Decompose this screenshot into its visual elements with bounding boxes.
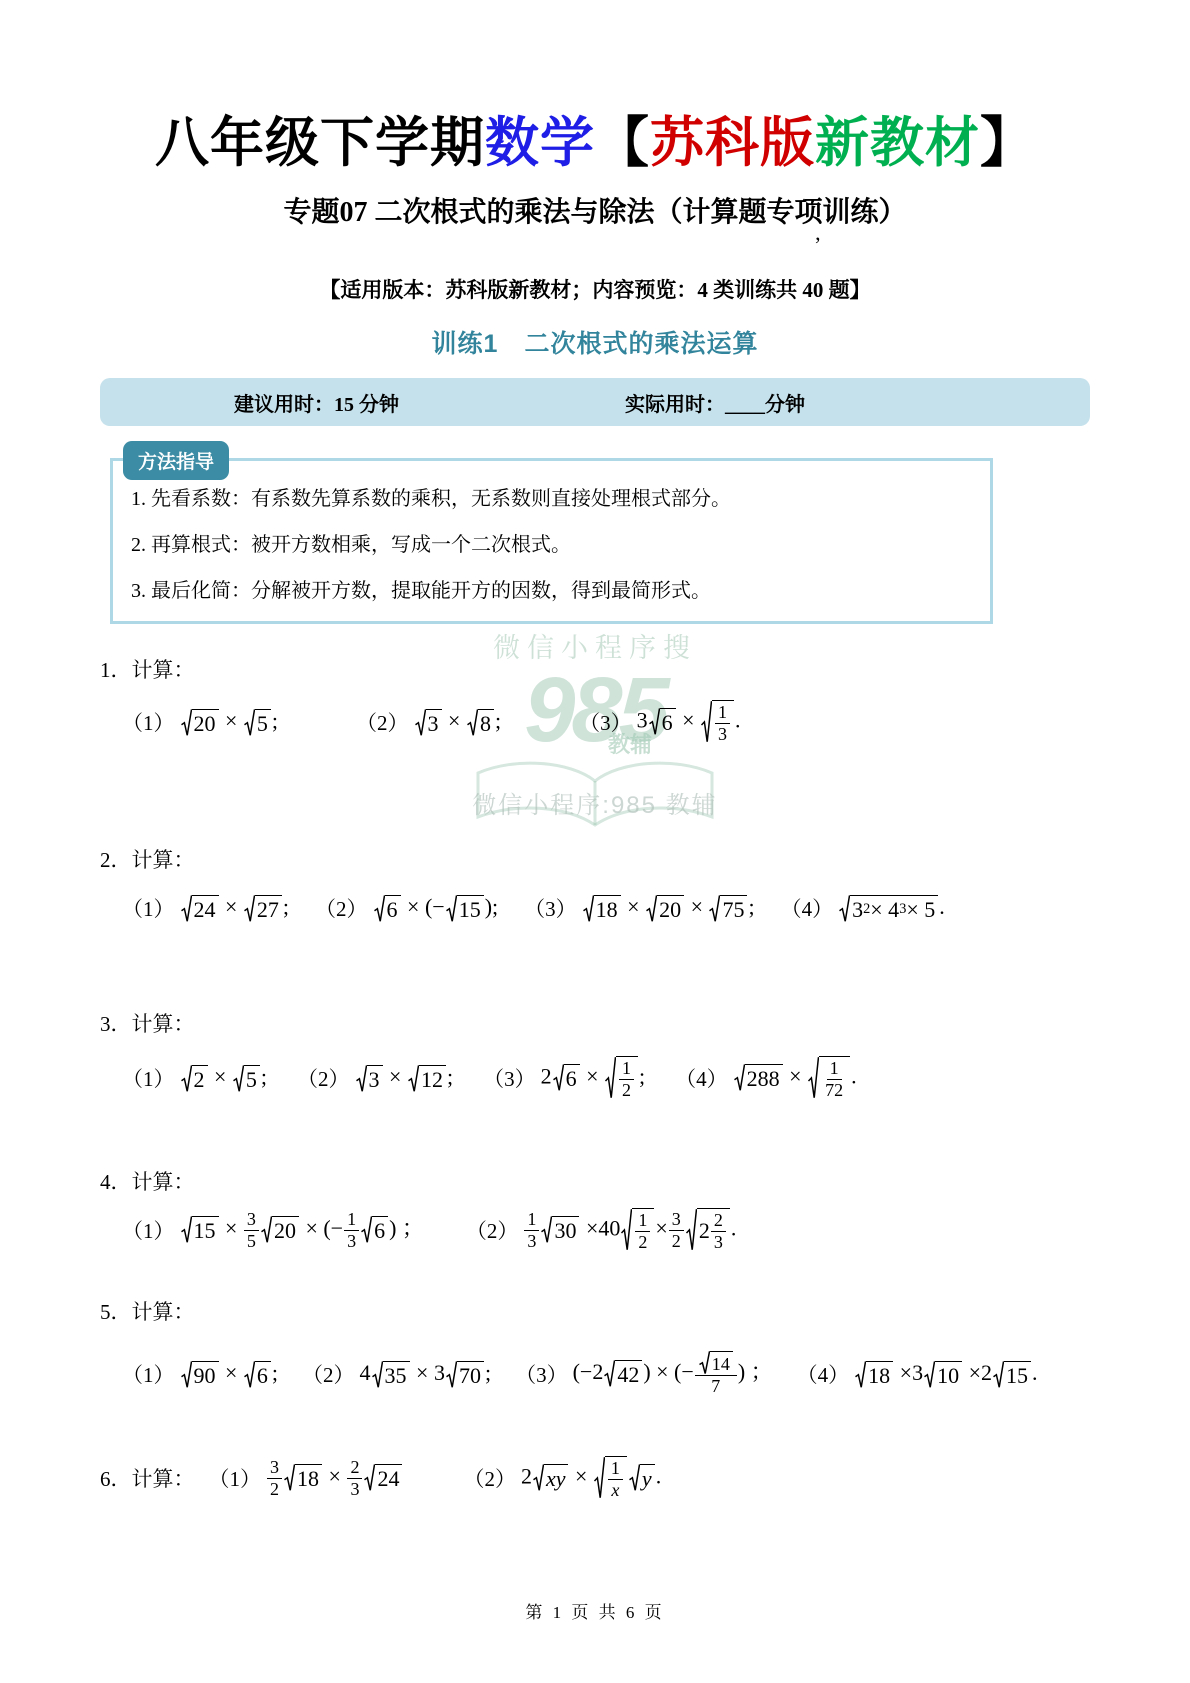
- problem-1: 1．计算： （1） 20 × 5; （2） 3 × 8; （3） 36 × 13…: [100, 654, 1090, 748]
- method-point: 3. 最后化简：分解被开方数，提取能开方的因数，得到最简形式。: [131, 579, 972, 603]
- math-item: （1） 20 × 5;: [122, 707, 278, 737]
- suggested-time: 建议用时：15 分钟: [234, 388, 399, 417]
- math-item: （3） (−242) × (−147) ；: [515, 1351, 773, 1397]
- math-item: （4） 32 × 43 × 5.: [781, 893, 945, 923]
- title-part: 苏科版: [650, 113, 815, 173]
- math-expression: 18 ×310 ×215.: [854, 1360, 1037, 1389]
- item-tag: （2）: [466, 1215, 519, 1245]
- item-tag: （4）: [675, 1063, 728, 1093]
- math-item: （1） 24 × 27;: [122, 893, 289, 923]
- math-expression: 2xy × 1xy.: [521, 1456, 661, 1501]
- item-tag: （2）: [315, 893, 368, 923]
- item-tag: （2）: [302, 1359, 355, 1389]
- problem-6: 6．计算： （1） 3218 × 2324 （2） 2xy × 1xy.: [100, 1446, 1090, 1510]
- math-expression: 32 × 43 × 5.: [838, 894, 945, 923]
- problem-items: （1） 20 × 5; （2） 3 × 8; （3） 36 × 13.: [100, 696, 1090, 748]
- math-item: （1） 15 × 3520 × (−136) ；: [122, 1209, 424, 1252]
- problem-5: 5．计算： （1） 90 × 6; （2） 435 × 370; （3） (−2…: [100, 1296, 1090, 1400]
- math-expression: 435 × 370;: [360, 1360, 492, 1389]
- math-item: （4） 18 ×310 ×215.: [797, 1359, 1038, 1389]
- title-part: 数学: [485, 113, 595, 173]
- math-expression: 36 × 13.: [637, 700, 741, 745]
- math-item: （2） 6 × (−15);: [315, 893, 498, 923]
- item-tag: （4）: [797, 1359, 850, 1389]
- subtitle: 专题07 二次根式的乘法与除法（计算题专项训练）: [100, 190, 1090, 230]
- method-guide-box: 方法指导 1. 先看系数：有系数先算系数的乘积，无系数则直接处理根式部分。 2.…: [110, 458, 993, 624]
- problem-items: （1） 24 × 27; （2） 6 × (−15); （3） 18 × 20 …: [100, 882, 1090, 934]
- item-tag: （3）: [515, 1359, 568, 1389]
- item-tag: （1）: [122, 1215, 175, 1245]
- item-tag: （1）: [122, 1359, 175, 1389]
- page-title: 八年级下学期数学【苏科版新教材】: [100, 112, 1090, 174]
- math-expression: 2 × 5;: [180, 1064, 268, 1093]
- problem-items: （1） 3218 × 2324 （2） 2xy × 1xy.: [195, 1446, 662, 1510]
- math-item: （2） 3 × 8;: [356, 707, 501, 737]
- title-part: 新教材: [815, 113, 980, 173]
- math-item: （3） 36 × 13.: [579, 700, 740, 745]
- math-expression: 6 × (−15);: [373, 894, 499, 923]
- math-item: （2） 2xy × 1xy.: [463, 1456, 661, 1501]
- problem-items: （1） 90 × 6; （2） 435 × 370; （3） (−242) × …: [100, 1348, 1090, 1400]
- math-expression: 18 × 20 × 75;: [582, 894, 755, 923]
- problem-items: （1） 2 × 5; （2） 3 × 12; （3） 26 × 12; （4） …: [100, 1052, 1090, 1104]
- title-part: 八年级下学期: [155, 113, 485, 173]
- title-part: 【: [595, 113, 650, 173]
- item-tag: （2）: [463, 1463, 516, 1493]
- method-point: 1. 先看系数：有系数先算系数的乘积，无系数则直接处理根式部分。: [131, 487, 972, 511]
- stray-mark: ’: [814, 232, 821, 258]
- item-tag: （1）: [122, 1063, 175, 1093]
- worksheet-page: 微信小程序搜 985 教辅 微信小程序:985 教辅 ’ 八年级下学期数学【苏科…: [0, 0, 1190, 1683]
- math-expression: 3 × 8;: [414, 708, 502, 737]
- problem-label: 6．计算：: [100, 1463, 195, 1493]
- problem-label: 2．计算：: [100, 844, 1090, 874]
- math-expression: 1330 ×4012×32223.: [523, 1208, 736, 1253]
- math-expression: 3 × 12;: [355, 1064, 454, 1093]
- math-expression: 15 × 3520 × (−136) ；: [180, 1209, 424, 1252]
- math-item: （1） 2 × 5;: [122, 1063, 267, 1093]
- math-item: （2） 435 × 370;: [302, 1359, 491, 1389]
- math-item: （3） 26 × 12;: [483, 1056, 645, 1101]
- math-expression: 26 × 12;: [541, 1056, 646, 1101]
- problem-label: 5．计算：: [100, 1296, 1090, 1326]
- title-part: 】: [980, 113, 1035, 173]
- item-tag: （3）: [483, 1063, 536, 1093]
- item-tag: （2）: [297, 1063, 350, 1093]
- item-tag: （3）: [524, 893, 577, 923]
- math-expression: 3218 × 2324: [266, 1457, 403, 1500]
- problem-label: 4．计算：: [100, 1166, 1090, 1196]
- item-tag: （2）: [356, 707, 409, 737]
- item-tag: （1）: [209, 1463, 262, 1493]
- problem-label: 3．计算：: [100, 1008, 1090, 1038]
- math-expression: (−242) × (−147) ；: [573, 1351, 773, 1397]
- actual-time: 实际用时：____分钟: [625, 388, 805, 417]
- math-expression: 288 × 172.: [733, 1056, 857, 1101]
- item-tag: （1）: [122, 707, 175, 737]
- item-tag: （3）: [579, 707, 632, 737]
- math-item: （1） 90 × 6;: [122, 1359, 278, 1389]
- math-item: （4） 288 × 172.: [675, 1056, 856, 1101]
- method-guide-tab: 方法指导: [123, 441, 229, 480]
- edition-note: 【适用版本：苏科版新教材；内容预览：4 类训练共 40 题】: [100, 274, 1090, 304]
- problem-label: 1．计算：: [100, 654, 1090, 684]
- section-title: 训练1 二次根式的乘法运算: [100, 324, 1090, 360]
- page-footer: 第 1 页 共 6 页: [0, 1598, 1190, 1623]
- math-expression: 20 × 5;: [180, 708, 279, 737]
- math-item: （3） 18 × 20 × 75;: [524, 893, 754, 923]
- math-item: （2） 3 × 12;: [297, 1063, 453, 1093]
- problem-4: 4．计算： （1） 15 × 3520 × (−136) ； （2） 1330 …: [100, 1166, 1090, 1256]
- math-expression: 24 × 27;: [180, 894, 290, 923]
- math-expression: 90 × 6;: [180, 1360, 279, 1389]
- problem-2: 2．计算： （1） 24 × 27; （2） 6 × (−15); （3） 18…: [100, 844, 1090, 934]
- timer-banner: 建议用时：15 分钟 实际用时：____分钟: [100, 378, 1090, 426]
- math-item: （1） 3218 × 2324: [209, 1457, 404, 1500]
- problem-items: （1） 15 × 3520 × (−136) ； （2） 1330 ×4012×…: [100, 1204, 1090, 1256]
- item-tag: （4）: [781, 893, 834, 923]
- math-item: （2） 1330 ×4012×32223.: [466, 1208, 736, 1253]
- method-point: 2. 再算根式：被开方数相乘，写成一个二次根式。: [131, 533, 972, 557]
- item-tag: （1）: [122, 893, 175, 923]
- problem-3: 3．计算： （1） 2 × 5; （2） 3 × 12; （3） 26 × 12…: [100, 1008, 1090, 1104]
